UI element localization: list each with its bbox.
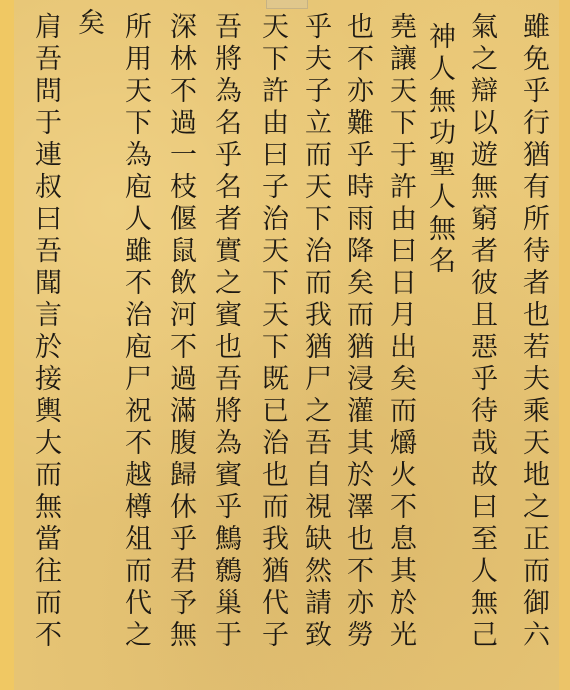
- text-column-7: 天下許由曰子治天下天下既已治也而我猶代子: [257, 12, 287, 652]
- text-column-10: 所用天下為庖人雖不治庖尸祝不越樽俎而代之: [120, 12, 150, 652]
- text-column-11: 矣: [73, 8, 103, 40]
- text-column-5: 也不亦難乎時雨降矣而猶浸灌其於澤也不亦勞: [342, 12, 372, 652]
- right-paper-edge: [559, 0, 570, 690]
- faint-seal-stamp: [266, 0, 308, 9]
- text-column-8: 吾將為名乎名者實之賓也吾將為賓乎鷦鷯巢于: [210, 12, 240, 652]
- text-column-1: 雖免乎行猶有所待者也若夫乘天地之正而御六: [518, 12, 548, 652]
- text-column-3: 神人無功聖人無名: [424, 22, 454, 278]
- text-column-2: 氣之辯以遊無窮者彼且惡乎待哉故曰至人無己: [466, 12, 496, 652]
- left-paper-edge: [0, 0, 14, 690]
- text-column-9: 深林不過一枝偃鼠飲河不過滿腹歸休乎君予無: [165, 12, 195, 652]
- text-column-4: 堯讓天下于許由曰日月出矣而爝火不息其於光: [385, 12, 415, 652]
- text-column-6: 乎夫子立而天下治而我猶尸之吾自視缺然請致: [300, 12, 330, 652]
- text-column-12: 肩吾問于連叔曰吾聞言於接輿大而無當往而不: [30, 12, 60, 652]
